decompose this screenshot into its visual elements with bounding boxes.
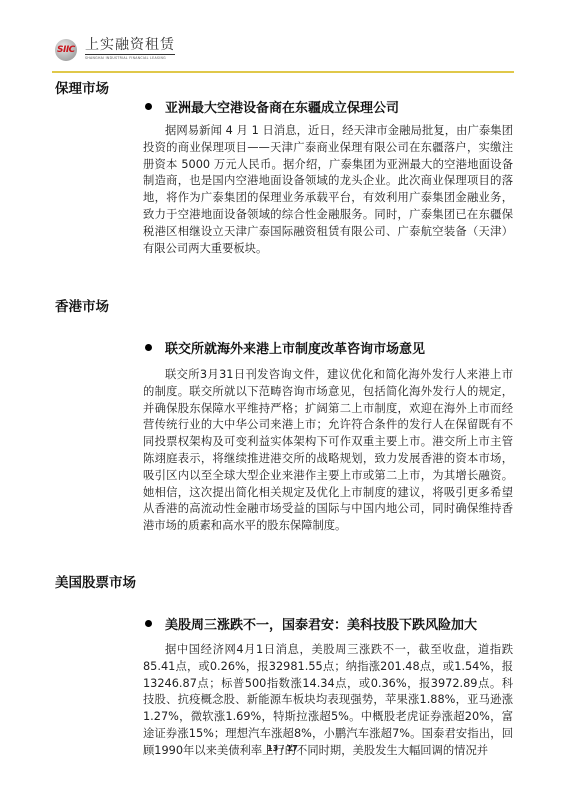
bullet-icon (145, 620, 152, 627)
article-heading-text: 美股周三涨跌不一，国泰君安：美科技股下跌风险加大 (165, 614, 477, 633)
article-heading-text: 亚洲最大空港设备商在东疆成立保理公司 (165, 97, 399, 116)
article-body: 据中国经济网4月1日消息，美股周三涨跌不一，截至收盘，道指跌85.41点，或0.… (143, 642, 513, 760)
bullet-icon (145, 344, 152, 351)
company-logo: SIIC 上实融资租赁 SHANGHAI INDUSTRIAL FINANCIA… (55, 37, 175, 63)
section-title-hong-kong: 香港市场 (55, 295, 109, 315)
section-title-factoring: 保理市场 (55, 77, 109, 97)
page-number: 13 / 17 (0, 744, 565, 753)
header-divider (52, 71, 514, 73)
bullet-icon (145, 103, 152, 110)
logo-badge: SIIC (57, 45, 75, 55)
article-heading: 美股周三涨跌不一，国泰君安：美科技股下跌风险加大 (143, 614, 477, 633)
section-title-us-stocks: 美国股票市场 (55, 571, 136, 591)
logo-subtitle: SHANGHAI INDUSTRIAL FINANCIAL LEASING (85, 56, 166, 60)
article-heading: 亚洲最大空港设备商在东疆成立保理公司 (143, 97, 399, 116)
logo-company-name: 上实融资租赁 (85, 37, 175, 55)
article-body: 联交所3月31日刊发咨询文件，建议优化和简化海外发行人来港上市的制度。联交所就以… (143, 367, 513, 535)
article-heading-text: 联交所就海外来港上市制度改革咨询市场意见 (165, 338, 425, 357)
article-heading: 联交所就海外来港上市制度改革咨询市场意见 (143, 338, 425, 357)
article-body: 据网易新闻 4 月 1 日消息，近日，经天津市金融局批复，由广泰集团投资的商业保… (143, 123, 513, 257)
